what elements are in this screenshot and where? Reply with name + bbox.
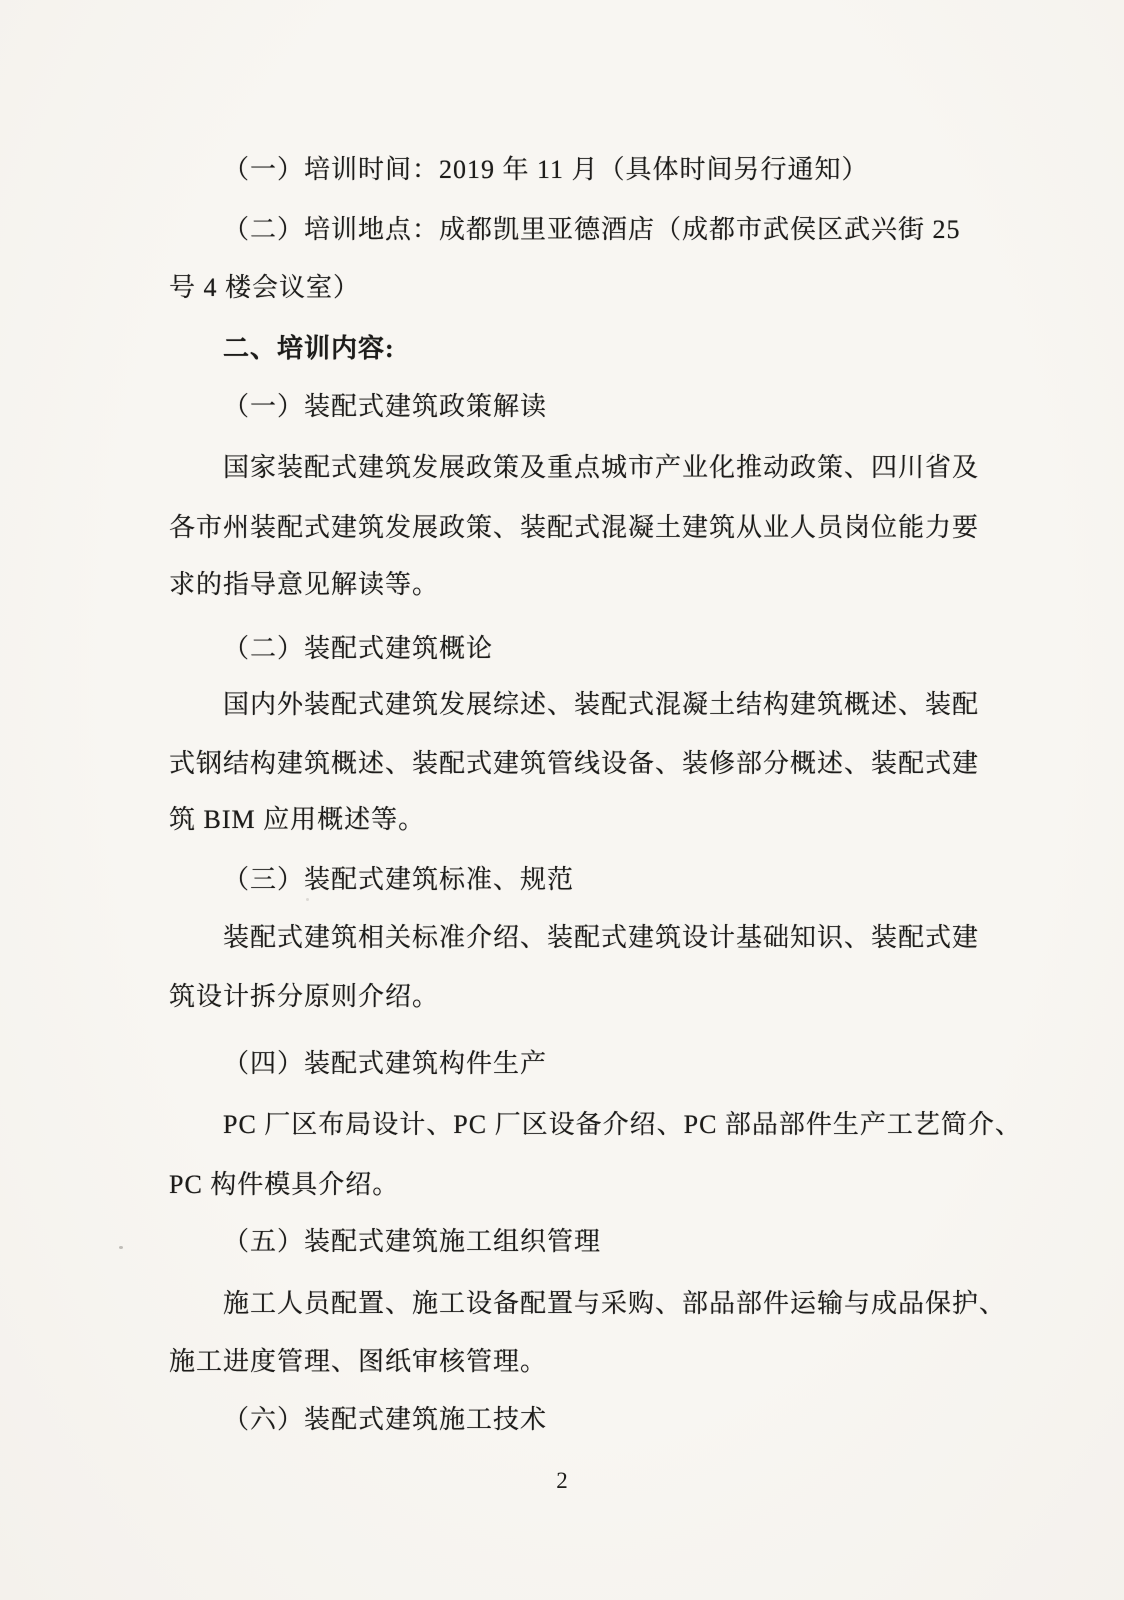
heading-section-2-overview: （二）装配式建筑概论 (223, 634, 493, 664)
para-production-line-2: PC 构件模具介绍。 (169, 1170, 399, 1200)
para-standards-line-1: 装配式建筑相关标准介绍、装配式建筑设计基础知识、装配式建 (223, 923, 979, 953)
heading-section-6-technology: （六）装配式建筑施工技术 (223, 1405, 547, 1435)
line-training-location-cont: 号 4 楼会议室） (169, 273, 360, 303)
para-overview-line-1: 国内外装配式建筑发展综述、装配式混凝土结构建筑概述、装配 (223, 690, 979, 720)
heading-section-4-production: （四）装配式建筑构件生产 (223, 1049, 547, 1079)
heading-section-1-policy: （一）装配式建筑政策解读 (223, 392, 547, 422)
para-management-line-1: 施工人员配置、施工设备配置与采购、部品部件运输与成品保护、 (223, 1289, 1006, 1319)
para-production-line-1: PC 厂区布局设计、PC 厂区设备介绍、PC 部品部件生产工艺简介、 (223, 1110, 1022, 1140)
scan-speck (306, 898, 309, 901)
para-policy-line-2: 各市州装配式建筑发展政策、装配式混凝土建筑从业人员岗位能力要 (169, 513, 979, 543)
line-training-time: （一）培训时间：2019 年 11 月（具体时间另行通知） (223, 155, 869, 185)
para-overview-line-2: 式钢结构建筑概述、装配式建筑管线设备、装修部分概述、装配式建 (169, 749, 979, 779)
scanned-document-page: （一）培训时间：2019 年 11 月（具体时间另行通知） （二）培训地点：成都… (0, 0, 1124, 1600)
line-training-location: （二）培训地点：成都凯里亚德酒店（成都市武侯区武兴街 25 (223, 215, 961, 245)
page-number: 2 (0, 1468, 1124, 1494)
scan-speck (119, 1246, 123, 1249)
para-overview-line-3: 筑 BIM 应用概述等。 (169, 805, 425, 835)
para-policy-line-1: 国家装配式建筑发展政策及重点城市产业化推动政策、四川省及 (223, 453, 979, 483)
heading-section-3-standards: （三）装配式建筑标准、规范 (223, 865, 574, 895)
para-management-line-2: 施工进度管理、图纸审核管理。 (169, 1347, 547, 1377)
para-standards-line-2: 筑设计拆分原则介绍。 (169, 982, 439, 1012)
heading-section-5-management: （五）装配式建筑施工组织管理 (223, 1227, 601, 1257)
para-policy-line-3: 求的指导意见解读等。 (169, 570, 439, 600)
heading-training-content: 二、培训内容: (223, 334, 395, 364)
scan-speck (930, 452, 933, 454)
